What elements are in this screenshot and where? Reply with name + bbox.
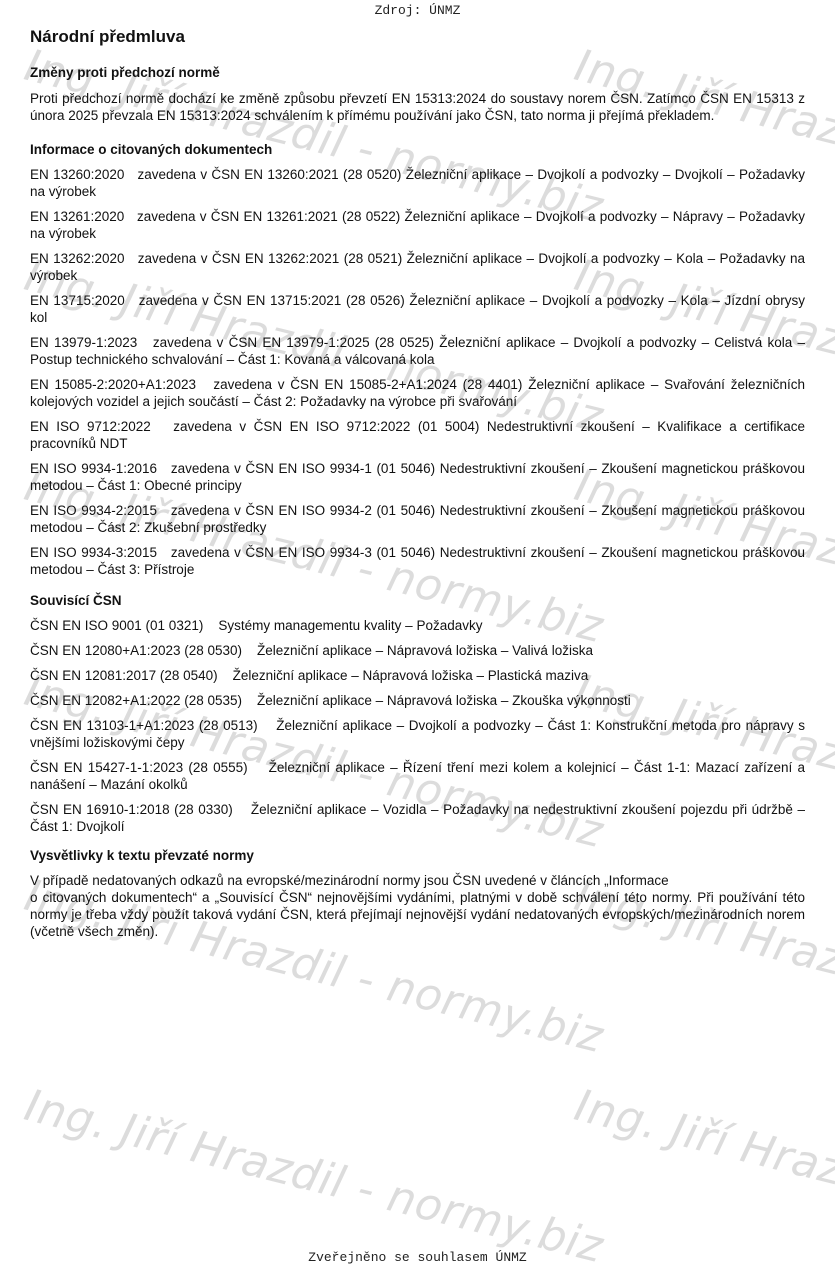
reference-code: EN 13260:2020 bbox=[30, 167, 124, 182]
explanations-line-2: o citovaných dokumentech“ a „Souvisící Č… bbox=[30, 889, 805, 940]
list-item: ČSN EN 16910-1:2018 (28 0330) Železniční… bbox=[30, 801, 805, 835]
reference-description: Systémy managementu kvality – Požadavky bbox=[218, 618, 482, 633]
reference-description: Železniční aplikace – Nápravová ložiska … bbox=[257, 643, 593, 658]
list-item: ČSN EN 12080+A1:2023 (28 0530) Železničn… bbox=[30, 642, 805, 659]
reference-description: Železniční aplikace – Nápravová ložiska … bbox=[257, 693, 631, 708]
section-heading-changes: Změny proti předchozí normě bbox=[30, 64, 805, 81]
reference-code: ČSN EN 13103-1+A1:2023 (28 0513) bbox=[30, 718, 258, 733]
cited-documents-list: EN 13260:2020 zavedena v ČSN EN 13260:20… bbox=[30, 166, 805, 578]
list-item: ČSN EN 13103-1+A1:2023 (28 0513) Železni… bbox=[30, 717, 805, 751]
list-item: EN ISO 9934-1:2016 zavedena v ČSN EN ISO… bbox=[30, 460, 805, 494]
reference-code: ČSN EN 12081:2017 (28 0540) bbox=[30, 668, 218, 683]
publication-footer: Zveřejněno se souhlasem ÚNMZ bbox=[0, 1250, 835, 1265]
reference-code: ČSN EN ISO 9001 (01 0321) bbox=[30, 618, 203, 633]
reference-description: zavedena v ČSN EN 13262:2021 (28 0521) Ž… bbox=[30, 251, 805, 283]
reference-code: ČSN EN 12080+A1:2023 (28 0530) bbox=[30, 643, 242, 658]
reference-code: EN 13261:2020 bbox=[30, 209, 124, 224]
reference-description: zavedena v ČSN EN 13261:2021 (28 0522) Ž… bbox=[30, 209, 805, 241]
reference-description: zavedena v ČSN EN 13260:2021 (28 0520) Ž… bbox=[30, 167, 805, 199]
reference-code: EN 13979-1:2023 bbox=[30, 335, 137, 350]
list-item: ČSN EN 15427-1-1:2023 (28 0555) Železnič… bbox=[30, 759, 805, 793]
list-item: EN ISO 9934-2:2015 zavedena v ČSN EN ISO… bbox=[30, 502, 805, 536]
document-content: Národní předmluva Změny proti předchozí … bbox=[30, 26, 805, 940]
list-item: ČSN EN ISO 9001 (01 0321) Systémy manage… bbox=[30, 617, 805, 634]
reference-description: zavedena v ČSN EN 13715:2021 (28 0526) Ž… bbox=[30, 293, 805, 325]
watermark: Ing. Jiří Hrazdil - normy.biz bbox=[20, 1080, 609, 1269]
section-heading-explanations: Vysvětlivky k textu převzaté normy bbox=[30, 847, 805, 864]
list-item: EN ISO 9934-3:2015 zavedena v ČSN EN ISO… bbox=[30, 544, 805, 578]
reference-code: ČSN EN 12082+A1:2022 (28 0535) bbox=[30, 693, 242, 708]
list-item: ČSN EN 12081:2017 (28 0540) Železniční a… bbox=[30, 667, 805, 684]
explanations-paragraph: V případě nedatovaných odkazů na evropsk… bbox=[30, 872, 805, 940]
reference-code: EN 13715:2020 bbox=[30, 293, 125, 308]
list-item: EN 13260:2020 zavedena v ČSN EN 13260:20… bbox=[30, 166, 805, 200]
reference-code: ČSN EN 16910-1:2018 (28 0330) bbox=[30, 802, 233, 817]
list-item: EN 13262:2020 zavedena v ČSN EN 13262:20… bbox=[30, 250, 805, 284]
list-item: EN 13261:2020 zavedena v ČSN EN 13261:20… bbox=[30, 208, 805, 242]
reference-code: EN ISO 9712:2022 bbox=[30, 419, 151, 434]
changes-paragraph: Proti předchozí normě dochází ke změně z… bbox=[30, 90, 805, 124]
reference-code: EN 15085-2:2020+A1:2023 bbox=[30, 377, 196, 392]
reference-code: EN 13262:2020 bbox=[30, 251, 125, 266]
reference-code: EN ISO 9934-1:2016 bbox=[30, 461, 157, 476]
page-title: Národní předmluva bbox=[30, 26, 805, 48]
source-header: Zdroj: ÚNMZ bbox=[0, 3, 835, 18]
list-item: EN 13715:2020 zavedena v ČSN EN 13715:20… bbox=[30, 292, 805, 326]
section-heading-cited-documents: Informace o citovaných dokumentech bbox=[30, 141, 805, 158]
reference-code: ČSN EN 15427-1-1:2023 (28 0555) bbox=[30, 760, 248, 775]
explanations-line-1: V případě nedatovaných odkazů na evropsk… bbox=[30, 872, 805, 889]
list-item: ČSN EN 12082+A1:2022 (28 0535) Železničn… bbox=[30, 692, 805, 709]
reference-code: EN ISO 9934-2:2015 bbox=[30, 503, 157, 518]
reference-code: EN ISO 9934-3:2015 bbox=[30, 545, 157, 560]
list-item: EN 15085-2:2020+A1:2023 zavedena v ČSN E… bbox=[30, 376, 805, 410]
list-item: EN 13979-1:2023 zavedena v ČSN EN 13979-… bbox=[30, 334, 805, 368]
section-heading-related-csn: Souvisící ČSN bbox=[30, 592, 805, 609]
reference-description: Železniční aplikace – Nápravová ložiska … bbox=[233, 668, 589, 683]
list-item: EN ISO 9712:2022 zavedena v ČSN EN ISO 9… bbox=[30, 418, 805, 452]
related-csn-list: ČSN EN ISO 9001 (01 0321) Systémy manage… bbox=[30, 617, 805, 835]
watermark: Ing. Jiří Hrazdil - normy.biz bbox=[570, 1080, 835, 1269]
